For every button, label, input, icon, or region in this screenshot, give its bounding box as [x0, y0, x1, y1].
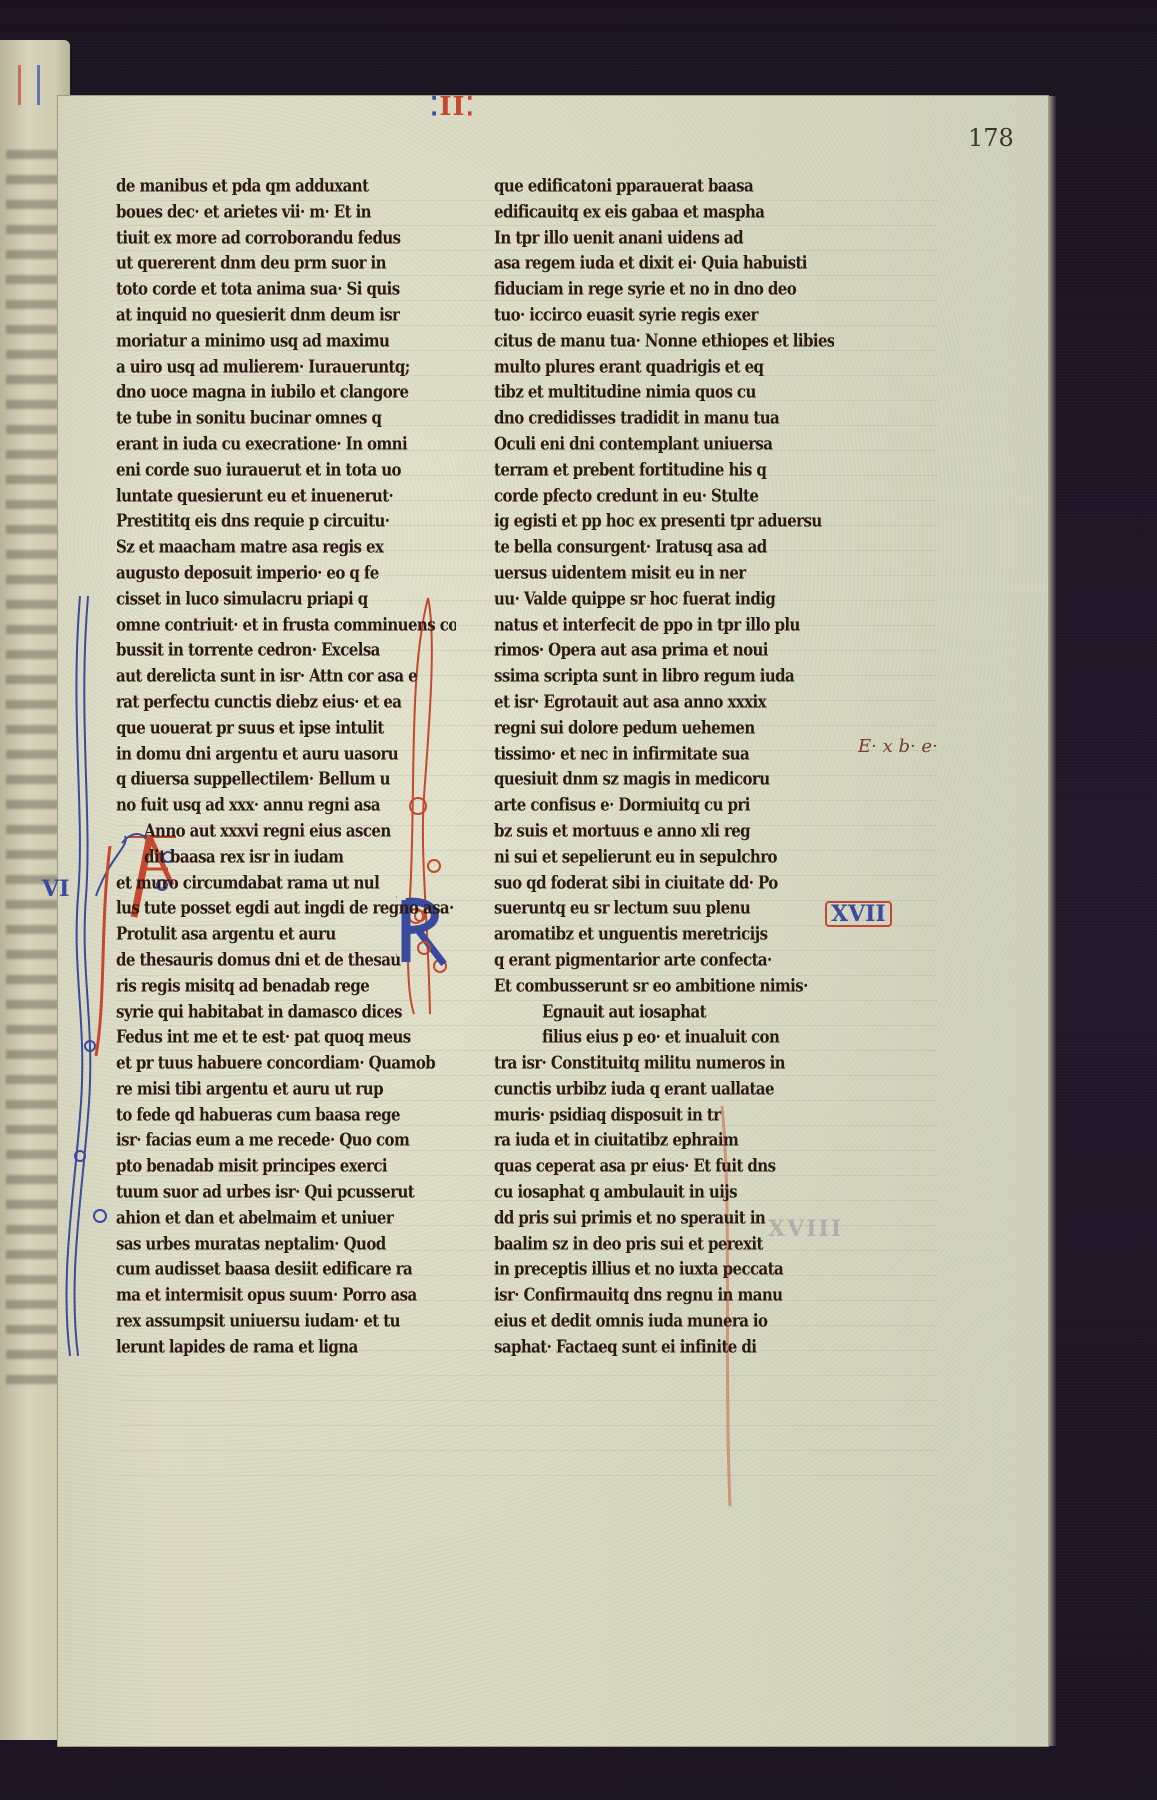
text-line: lerunt lapides de rama et ligna: [116, 1333, 456, 1363]
text-line: moriatur a minimo usq ad maximu: [116, 327, 456, 357]
text-line: cisset in luco simulacru priapi q: [116, 585, 456, 615]
folio-number: 178: [968, 124, 1014, 152]
ghost-initial: [18, 65, 40, 105]
text-line: uu· Valde quippe sr hoc fuerat indig: [494, 585, 834, 615]
manuscript-page: ⁚II⁚ 178: [58, 96, 1048, 1746]
text-line: Et combusserunt sr eo ambitione nimis·: [494, 972, 834, 1002]
page-edge-shadow: [1048, 96, 1056, 1746]
text-line: ris regis misitq ad benadab rege: [116, 972, 456, 1002]
text-line: que uouerat pr suus et ipse intulit: [116, 714, 456, 744]
margin-annotation: E· x b· e·: [858, 736, 938, 757]
text-column-left: de manibus et pda qm adduxant boues dec·…: [116, 174, 456, 1361]
text-line: dit baasa rex isr in iudam: [116, 843, 456, 873]
running-head-dots-left: ⁚: [430, 92, 439, 122]
text-line: regni sui dolore pedum uehemen: [494, 714, 834, 744]
chapter-number-vi: VI: [42, 876, 69, 902]
text-line: saphat· Factaeq sunt ei infinite di: [494, 1333, 834, 1363]
running-head: ⁚II⁚: [430, 92, 475, 122]
text-line: citus de manu tua· Nonne ethiopes et lib…: [494, 327, 834, 357]
text-line: eni corde suo iurauerut et in tota uo: [116, 456, 456, 486]
text-column-right: que edificatoni pparauerat baasa edifica…: [494, 174, 834, 1361]
running-head-numeral: II: [439, 92, 465, 122]
running-head-dots-right: ⁚: [466, 92, 475, 122]
chapter-number-xvii: XVII: [825, 901, 892, 927]
text-line: ni sui et sepelierunt eu in sepulchro: [494, 843, 834, 873]
text-line: terram et prebent fortitudine his q: [494, 456, 834, 486]
